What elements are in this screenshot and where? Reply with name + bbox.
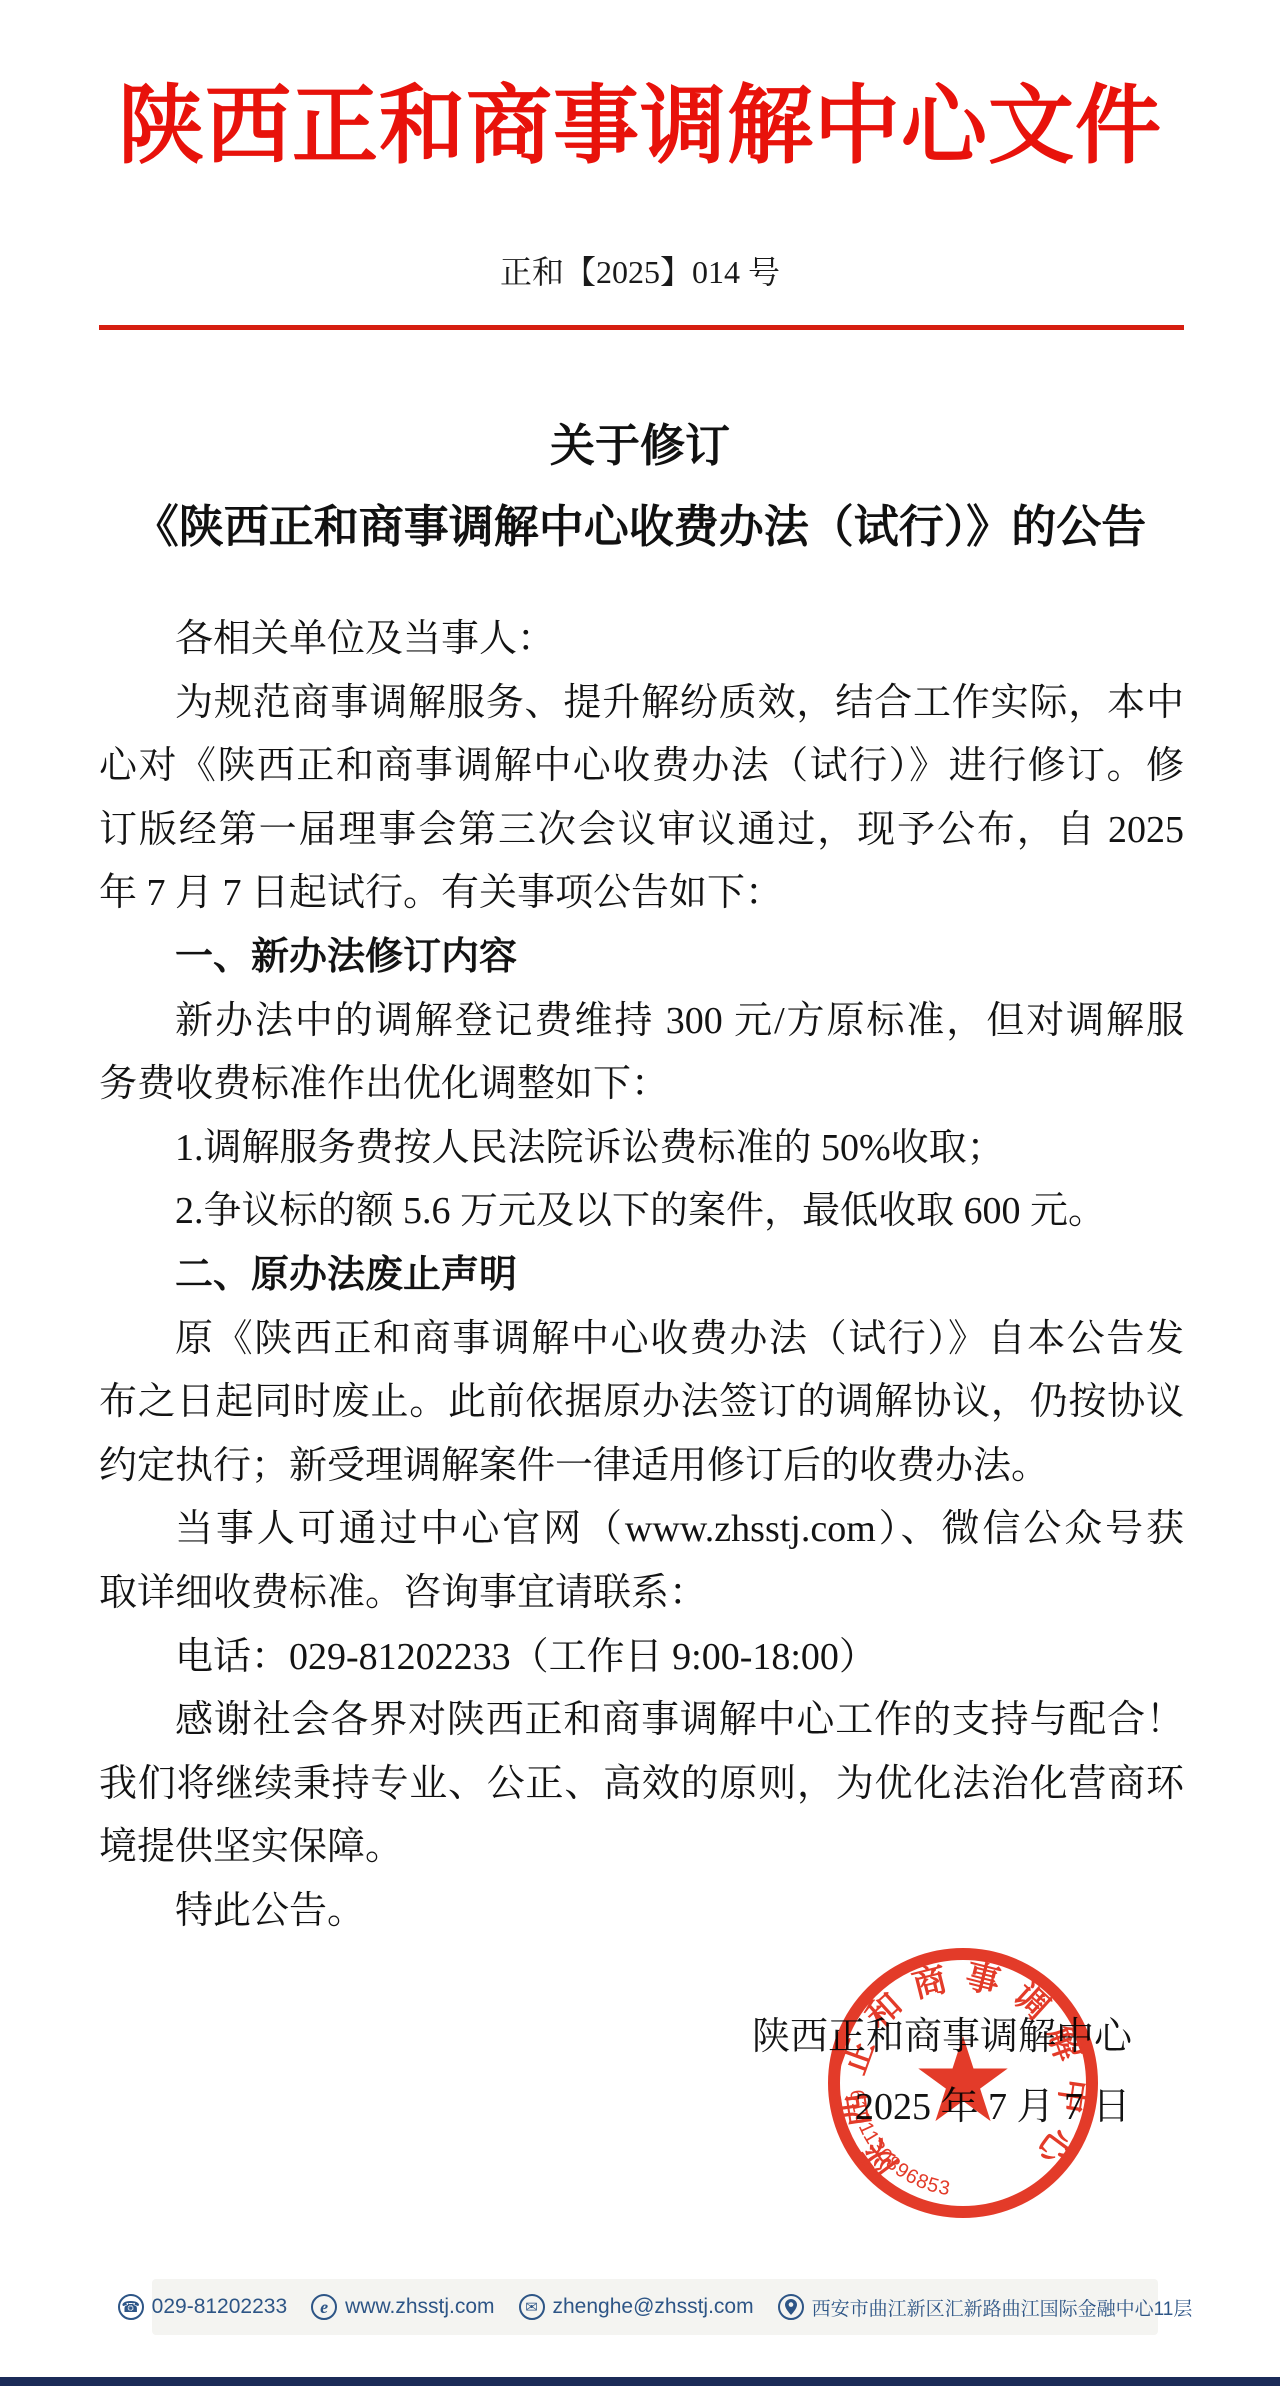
section-heading: 二、原办法废止声明 [99,1244,1184,1308]
body-line: 我们将继续秉持专业、公正、高效的原则，为优化法治化营商环 [99,1753,1184,1817]
footer-contact-bar: ☎ 029-81202233 e www.zhsstj.com ✉ zhengh… [152,2279,1158,2335]
footer-phone-text: 029-81202233 [152,2295,287,2319]
body-line: 布之日起同时废止。此前依据原办法签订的调解协议，仍按协议 [99,1371,1184,1435]
body-line: 1.调解服务费按人民法院诉讼费标准的 50%收取； [99,1117,1184,1181]
location-pin-icon [778,2294,804,2320]
body-line: 各相关单位及当事人： [99,608,1184,672]
globe-icon: e [311,2294,337,2320]
announcement-title-line2: 《陕西正和商事调解中心收费办法（试行）》的公告 [0,501,1280,553]
body-line: 务费收费标准作出优化调整如下： [99,1053,1184,1117]
footer-phone: ☎ 029-81202233 [118,2294,287,2320]
footer-website-text: www.zhsstj.com [345,2295,494,2319]
letterhead-rule [99,325,1184,330]
footer-address: 西安市曲江新区汇新路曲江国际金融中心11层 [778,2294,1193,2321]
body-line: 为规范商事调解服务、提升解纷质效，结合工作实际，本中 [99,672,1184,736]
body-line: 特此公告。 [99,1880,1184,1944]
footer-address-text: 西安市曲江新区汇新路曲江国际金融中心11层 [812,2294,1193,2321]
body-line: 取详细收费标准。咨询事宜请联系： [99,1562,1184,1626]
seal-star-icon [918,2036,1007,2121]
body-line: 感谢社会各界对陕西正和商事调解中心工作的支持与配合！ [99,1689,1184,1753]
document-page: 陕西正和商事调解中心文件 正和【2025】014 号 关于修订 《陕西正和商事调… [0,0,1280,2386]
document-number: 正和【2025】014 号 [0,252,1280,292]
footer-website: e www.zhsstj.com [311,2294,494,2320]
body-line: 约定执行；新受理调解案件一律适用修订后的收费办法。 [99,1435,1184,1499]
body-text: 各相关单位及当事人：为规范商事调解服务、提升解纷质效，结合工作实际，本中心对《陕… [99,608,1184,1943]
mail-icon: ✉ [519,2294,545,2320]
letterhead-title: 陕西正和商事调解中心文件 [0,78,1280,174]
footer-email-text: zhenghe@zhsstj.com [553,2295,754,2319]
body-line: 原《陕西正和商事调解中心收费办法（试行）》自本公告发 [99,1308,1184,1372]
body-line: 当事人可通过中心官网（www.zhsstj.com）、微信公众号获 [99,1498,1184,1562]
official-seal: 陕西正和商事调解中心 6101130896853 [818,1938,1108,2228]
phone-icon: ☎ [118,2294,144,2320]
footer-email: ✉ zhenghe@zhsstj.com [519,2294,754,2320]
body-line: 心对《陕西正和商事调解中心收费办法（试行）》进行修订。修 [99,735,1184,799]
body-line: 2.争议标的额 5.6 万元及以下的案件，最低收取 600 元。 [99,1180,1184,1244]
body-line: 境提供坚实保障。 [99,1816,1184,1880]
section-heading: 一、新办法修订内容 [99,926,1184,990]
footer-bottom-bar [0,2377,1280,2386]
body-line: 年 7 月 7 日起试行。有关事项公告如下： [99,862,1184,926]
body-line: 电话：029-81202233（工作日 9:00-18:00） [99,1626,1184,1690]
body-line: 订版经第一届理事会第三次会议审议通过，现予公布，自 2025 [99,799,1184,863]
announcement-title-line1: 关于修订 [0,420,1280,472]
body-line: 新办法中的调解登记费维持 300 元/方原标准，但对调解服 [99,990,1184,1054]
